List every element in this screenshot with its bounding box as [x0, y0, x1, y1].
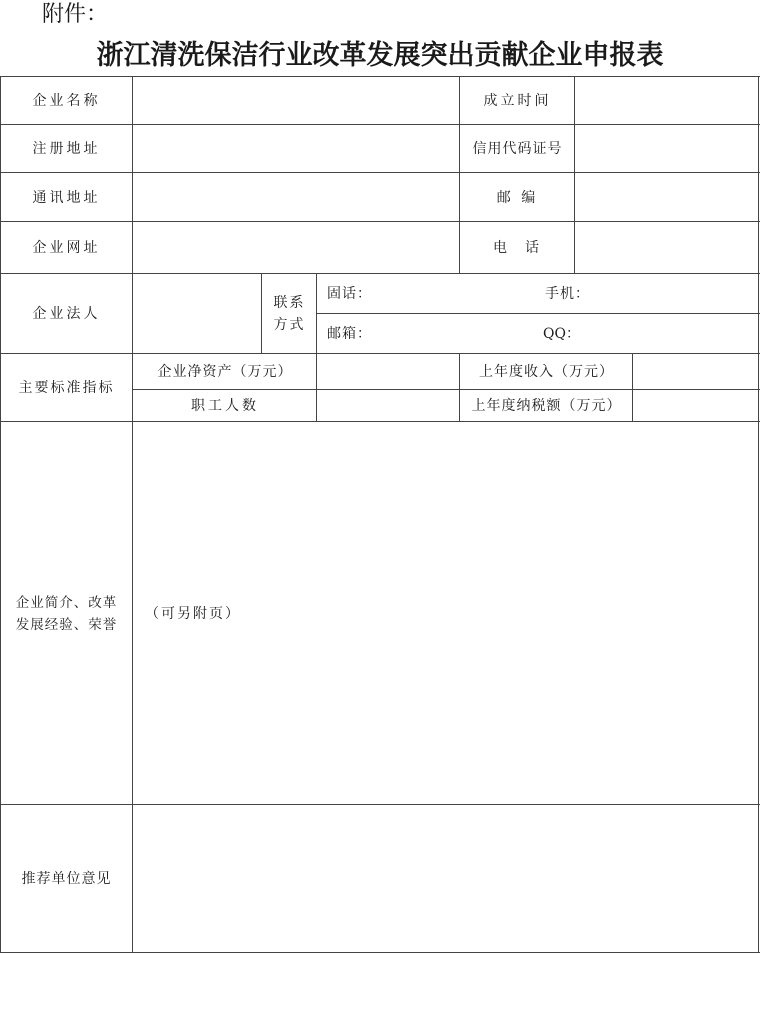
- credit-code-field[interactable]: [575, 125, 759, 173]
- landline-field[interactable]: [517, 274, 537, 314]
- attachment-label: 附件：: [42, 0, 108, 30]
- phone-label: 电 话: [460, 222, 575, 274]
- net-assets-label: 企业净资产（万元）: [133, 354, 317, 390]
- phone-field[interactable]: [575, 222, 759, 274]
- last-year-income-label: 上年度收入（万元）: [460, 354, 633, 390]
- last-year-income-field[interactable]: [633, 354, 759, 390]
- employees-label: 职工人数: [133, 390, 317, 422]
- email-field[interactable]: [517, 314, 537, 354]
- company-name-field[interactable]: [133, 77, 460, 125]
- registered-address-label: 注册地址: [0, 125, 133, 173]
- profile-label-line2: 发展经验、荣誉: [16, 614, 118, 636]
- company-name-label: 企业名称: [0, 77, 133, 125]
- form-title: 浙江清洗保洁行业改革发展突出贡献企业申报表: [0, 38, 760, 74]
- landline-label: 固话：: [317, 274, 517, 314]
- profile-field[interactable]: （可另附页）: [133, 422, 759, 805]
- indicators-label: 主要标准指标: [0, 354, 133, 422]
- last-year-tax-label: 上年度纳税额（万元）: [460, 390, 633, 422]
- qq-label: QQ：: [537, 314, 759, 354]
- contact-label-line1: 联系: [274, 292, 306, 314]
- legal-rep-field[interactable]: [133, 274, 262, 354]
- postcode-field[interactable]: [575, 173, 759, 222]
- contact-label-line2: 方式: [274, 314, 306, 336]
- mailing-address-field[interactable]: [133, 173, 460, 222]
- last-year-tax-field[interactable]: [633, 390, 759, 422]
- recommendation-field[interactable]: [133, 805, 759, 953]
- net-assets-field[interactable]: [317, 354, 460, 390]
- profile-hint: （可另附页）: [145, 603, 241, 625]
- credit-code-label: 信用代码证号: [460, 125, 575, 173]
- recommendation-label: 推荐单位意见: [0, 805, 133, 953]
- established-label: 成立时间: [460, 77, 575, 125]
- employees-field[interactable]: [317, 390, 460, 422]
- registered-address-field[interactable]: [133, 125, 460, 173]
- email-label: 邮箱：: [317, 314, 517, 354]
- mobile-label: 手机：: [537, 274, 759, 314]
- profile-label-line1: 企业简介、改革: [16, 592, 118, 614]
- profile-label: 企业简介、改革 发展经验、荣誉: [0, 422, 133, 805]
- established-field[interactable]: [575, 77, 759, 125]
- contact-method-label: 联系 方式: [262, 274, 317, 354]
- legal-rep-label: 企业法人: [0, 274, 133, 354]
- mailing-address-label: 通讯地址: [0, 173, 133, 222]
- website-label: 企业网址: [0, 222, 133, 274]
- website-field[interactable]: [133, 222, 460, 274]
- postcode-label: 邮 编: [460, 173, 575, 222]
